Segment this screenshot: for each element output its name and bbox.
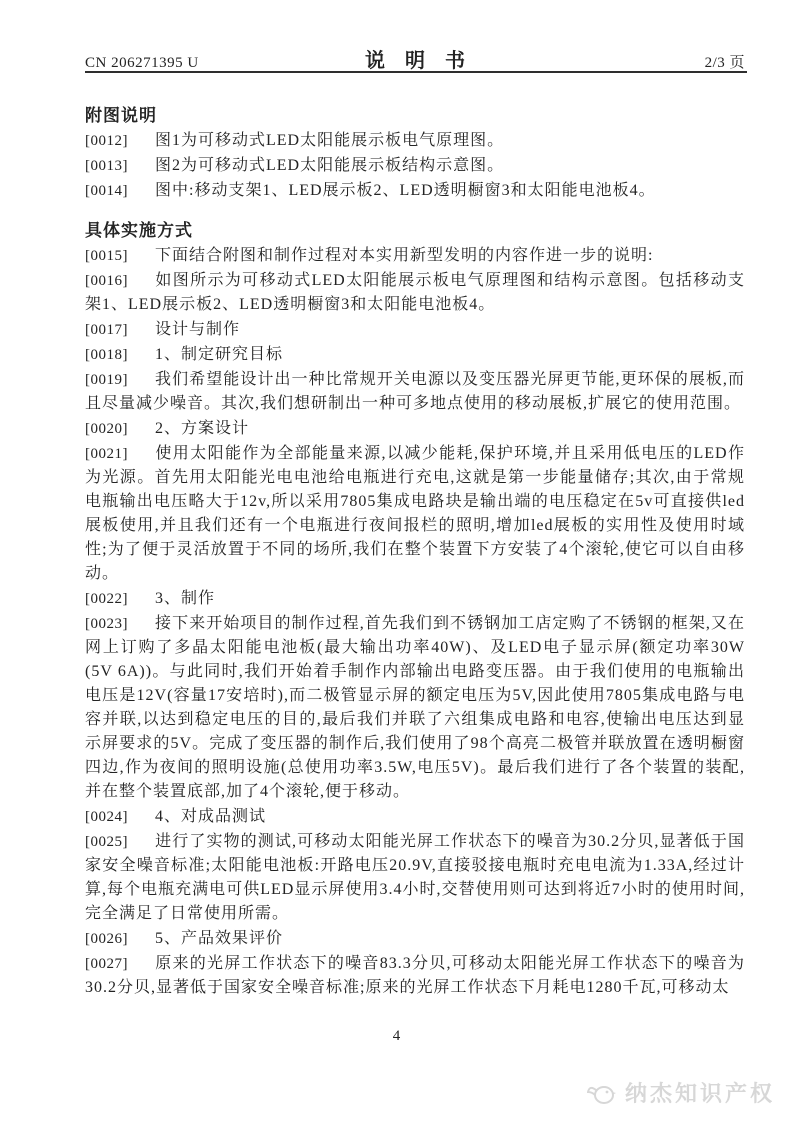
paragraph-text: 5、产品效果评价 <box>155 930 283 947</box>
document-number: CN 206271395 U <box>85 55 199 72</box>
paragraph-number: [0012] <box>85 129 128 153</box>
header-divider <box>85 71 747 73</box>
section-figure-description: 附图说明 [0012]图1为可移动式LED太阳能展示板电气原理图。 [0013]… <box>85 104 745 203</box>
paragraph-number: [0027] <box>85 952 128 976</box>
watermark-text: 纳杰知识产权 <box>625 1077 775 1108</box>
para-0017: [0017]设计与制作 <box>85 318 745 342</box>
para-0023: [0023]接下来开始项目的制作过程,首先我们到不锈钢加工店定购了不锈钢的框架,… <box>85 612 745 804</box>
para-0026: [0026]5、产品效果评价 <box>85 927 745 951</box>
paragraph-text: 接下来开始项目的制作过程,首先我们到不锈钢加工店定购了不锈钢的框架,又在网上订购… <box>85 615 745 800</box>
page-header: CN 206271395 U 说明书 2/3 页 <box>85 44 745 73</box>
paragraph-number: [0021] <box>85 442 128 466</box>
para-0022: [0022]3、制作 <box>85 587 745 611</box>
paragraph-number: [0015] <box>85 244 128 268</box>
paragraph-text: 2、方案设计 <box>155 420 249 437</box>
paragraph-text: 进行了实物的测试,可移动太阳能光屏工作状态下的噪音为30.2分贝,显著低于国家安… <box>85 833 745 922</box>
document-title: 说明书 <box>365 44 485 73</box>
paragraph-text: 设计与制作 <box>155 321 240 338</box>
para-0020: [0020]2、方案设计 <box>85 417 745 441</box>
paragraph-text: 使用太阳能作为全部能量来源,以减少能耗,保护环境,并且采用低电压的LED作为光源… <box>85 445 745 582</box>
paragraph-number: [0019] <box>85 368 128 392</box>
paragraph-text: 4、对成品测试 <box>155 808 266 825</box>
paragraph-text: 图中:移动支架1、LED展示板2、LED透明橱窗3和太阳能电池板4。 <box>155 182 656 199</box>
document-body: 附图说明 [0012]图1为可移动式LED太阳能展示板电气原理图。 [0013]… <box>85 104 745 1001</box>
para-0012: [0012]图1为可移动式LED太阳能展示板电气原理图。 <box>85 129 745 153</box>
paragraph-number: [0020] <box>85 417 128 441</box>
para-0018: [0018]1、制定研究目标 <box>85 343 745 367</box>
para-0015: [0015]下面结合附图和制作过程对本实用新型发明的内容作进一步的说明: <box>85 244 745 268</box>
page-indicator: 2/3 页 <box>705 51 745 72</box>
paragraph-number: [0013] <box>85 154 128 178</box>
watermark: 纳杰知识产权 <box>587 1077 775 1108</box>
paragraph-text: 我们希望能设计出一种比常规开关电源以及变压器光屏更节能,更环保的展板,而且尽量减… <box>85 371 745 412</box>
para-0019: [0019]我们希望能设计出一种比常规开关电源以及变压器光屏更节能,更环保的展板… <box>85 368 745 416</box>
para-0016: [0016]如图所示为可移动式LED太阳能展示板电气原理图和结构示意图。包括移动… <box>85 269 745 317</box>
paragraph-number: [0025] <box>85 830 128 854</box>
para-0014: [0014]图中:移动支架1、LED展示板2、LED透明橱窗3和太阳能电池板4。 <box>85 179 745 203</box>
paragraph-text: 如图所示为可移动式LED太阳能展示板电气原理图和结构示意图。包括移动支架1、LE… <box>85 272 745 313</box>
paragraph-number: [0023] <box>85 612 128 636</box>
paragraph-number: [0016] <box>85 269 128 293</box>
para-0024: [0024]4、对成品测试 <box>85 805 745 829</box>
page-number: 4 <box>0 1028 793 1045</box>
patent-specification-page: CN 206271395 U 说明书 2/3 页 附图说明 [0012]图1为可… <box>0 0 793 1122</box>
paragraph-number: [0024] <box>85 805 128 829</box>
paragraph-number: [0017] <box>85 318 128 342</box>
najie-logo-icon <box>587 1080 617 1106</box>
paragraph-number: [0026] <box>85 927 128 951</box>
section-heading-embodiments: 具体实施方式 <box>85 219 745 243</box>
para-0013: [0013]图2为可移动式LED太阳能展示板结构示意图。 <box>85 154 745 178</box>
paragraph-text: 图1为可移动式LED太阳能展示板电气原理图。 <box>155 132 504 149</box>
paragraph-number: [0018] <box>85 343 128 367</box>
para-0025: [0025]进行了实物的测试,可移动太阳能光屏工作状态下的噪音为30.2分贝,显… <box>85 830 745 926</box>
para-0027: [0027]原来的光屏工作状态下的噪音83.3分贝,可移动太阳能光屏工作状态下的… <box>85 952 745 1000</box>
paragraph-number: [0014] <box>85 179 128 203</box>
section-heading-figure-description: 附图说明 <box>85 104 745 128</box>
paragraph-text: 3、制作 <box>155 590 215 607</box>
paragraph-number: [0022] <box>85 587 128 611</box>
paragraph-text: 下面结合附图和制作过程对本实用新型发明的内容作进一步的说明: <box>155 247 653 264</box>
paragraph-text: 图2为可移动式LED太阳能展示板结构示意图。 <box>155 157 504 174</box>
section-embodiments: 具体实施方式 [0015]下面结合附图和制作过程对本实用新型发明的内容作进一步的… <box>85 219 745 1000</box>
paragraph-text: 原来的光屏工作状态下的噪音83.3分贝,可移动太阳能光屏工作状态下的噪音为30.… <box>85 955 745 996</box>
para-0021: [0021]使用太阳能作为全部能量来源,以减少能耗,保护环境,并且采用低电压的L… <box>85 442 745 586</box>
paragraph-text: 1、制定研究目标 <box>155 346 283 363</box>
